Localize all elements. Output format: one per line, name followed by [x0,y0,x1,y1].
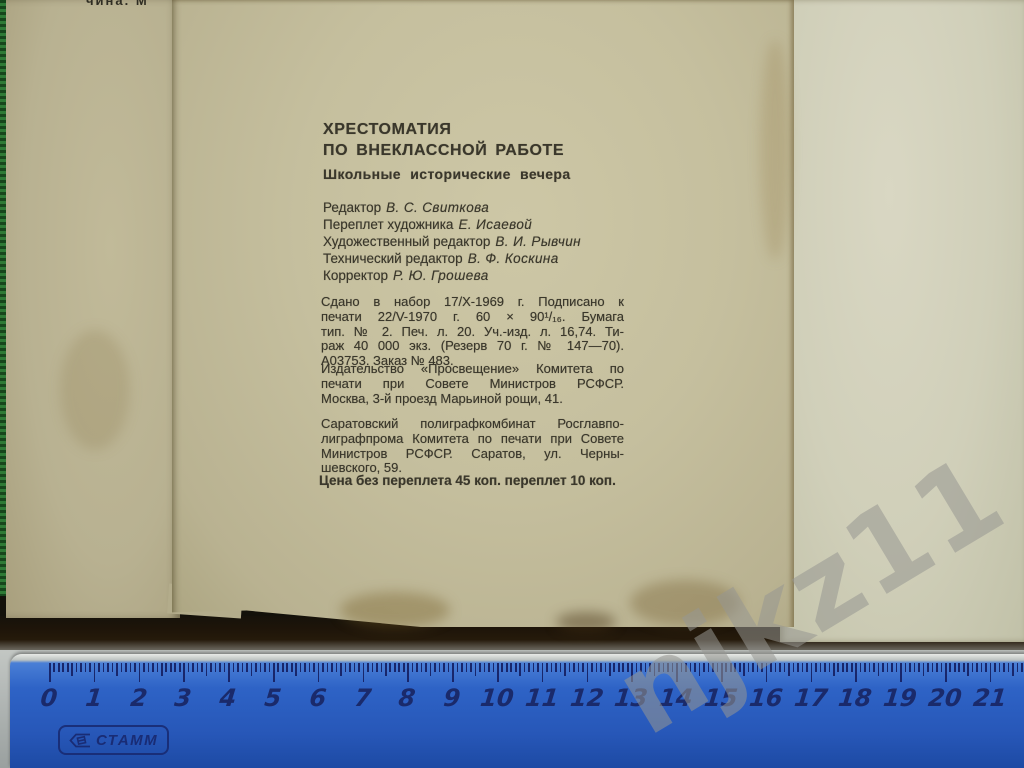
credit-name: В. И. Рывчин [495,234,581,249]
price-line: Цена без переплета 45 коп. переплет 10 к… [319,473,616,488]
left-page-flap [6,0,180,618]
credit-editor: РедакторВ. С. Свиткова [323,199,581,216]
credit-name: Е. Исаевой [458,217,532,232]
blue-ruler: 0123456789101112131415161718192021 СТАММ [10,654,1024,768]
credit-name: Р. Ю. Грошева [393,268,489,283]
stamm-arrow-icon [69,733,91,748]
photo-of-book-colophon: чина. М ХРЕСТОМАТИЯ ПО ВНЕКЛАССНОЙ РАБОТ… [0,0,1024,768]
credit-role: Переплет художника [323,217,453,232]
ruler-numbers: 0123456789101112131415161718192021 [10,684,1024,714]
book-title-line2: ПО ВНЕКЛАССНОЙ РАБОТЕ [323,140,564,161]
stamm-logo: СТАММ [58,725,169,755]
imprint-typesetting-paragraph: Сдано в набор 17/X-1969 г. Подписано кпе… [321,295,624,369]
credit-role: Редактор [323,200,381,215]
credit-name: В. Ф. Коскина [468,251,559,266]
credit-name: В. С. Свиткова [386,200,489,215]
book-title-line1: ХРЕСТОМАТИЯ [323,119,564,140]
credit-proofreader: КорректорР. Ю. Грошева [323,267,581,284]
credits-block: РедакторВ. С. Свиткова Переплет художник… [323,199,581,284]
credit-role: Технический редактор [323,251,463,266]
imprint-printing-plant-paragraph: Саратовский полиграфкомбинат Росглавпо-л… [321,417,624,476]
book-subtitle: Школьные исторические вечера [323,166,571,182]
book-title: ХРЕСТОМАТИЯ ПО ВНЕКЛАССНОЙ РАБОТЕ [323,119,564,161]
credit-role: Художественный редактор [323,234,490,249]
cut-off-text-fragment: чина. М [86,0,149,8]
credit-cover-artist: Переплет художникаЕ. Исаевой [323,216,581,233]
credit-art-editor: Художественный редакторВ. И. Рывчин [323,233,581,250]
stamm-brand-text: СТАММ [96,732,158,749]
credit-technical-editor: Технический редакторВ. Ф. Коскина [323,250,581,267]
credit-role: Корректор [323,268,388,283]
imprint-publisher-paragraph: Издательство «Просвещение» Комитета попе… [321,362,624,406]
